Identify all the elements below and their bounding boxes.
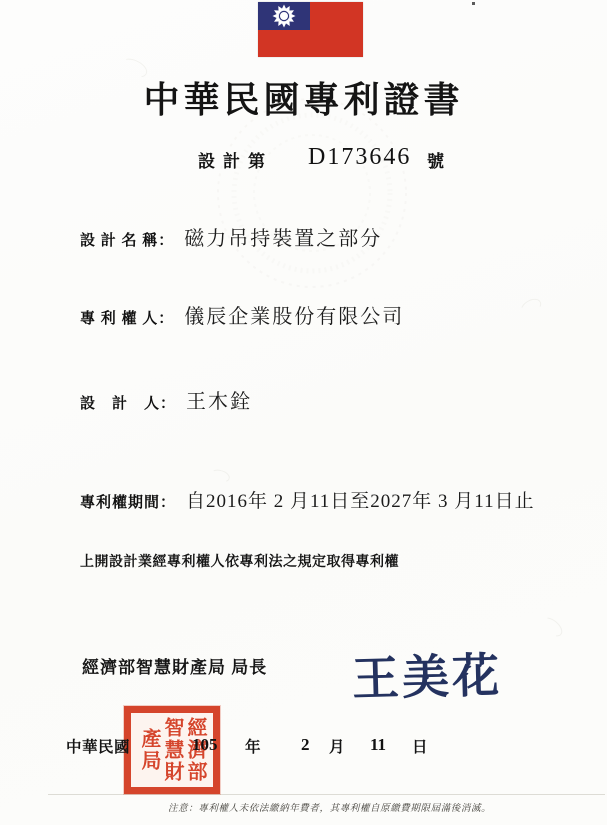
- field-label: 設 計 人：: [80, 392, 176, 413]
- field-label: 專 利 權 人：: [80, 307, 174, 328]
- flag-canton: [258, 2, 310, 30]
- paper-smudge: [518, 295, 544, 318]
- sun-icon: [258, 2, 310, 30]
- day-value: 11: [370, 735, 386, 755]
- field-designer: 設 計 人： 王木銓: [80, 385, 252, 411]
- month-value: 2: [301, 735, 310, 755]
- scan-artifact-dot: [472, 2, 475, 5]
- certificate-title: 中華民國專利證書: [0, 72, 607, 123]
- field-patentee: 專 利 權 人： 儀辰企業股份有限公司: [80, 300, 404, 326]
- day-unit: 日: [412, 735, 428, 757]
- field-label: 專利權期間：: [80, 491, 176, 512]
- certificate-number-line: 設計第 D173646 號: [0, 144, 607, 170]
- footer-divider: [48, 794, 605, 795]
- paper-smudge: [538, 614, 565, 640]
- year-unit: 年: [245, 735, 261, 757]
- field-value: 儀辰企業股份有限公司: [184, 300, 404, 329]
- date-line: 中華民國 105 年 2 月 11 日: [0, 735, 607, 757]
- month-unit: 月: [329, 735, 345, 757]
- field-value: 王木銓: [186, 385, 252, 414]
- paper-smudge: [209, 468, 231, 485]
- field-value: 磁力吊持裝置之部分: [184, 222, 382, 251]
- cert-number: D173646: [308, 144, 411, 171]
- cert-number-prefix: 設計第: [198, 147, 273, 172]
- footnote: 注意：專利權人未依法繳納年費者，其專利權自原繳費期限屆滿後消滅。: [168, 800, 491, 814]
- field-label: 設 計 名 稱：: [80, 229, 174, 250]
- field-value: 自2016年 2 月11日至2027年 3 月11日止: [186, 486, 535, 513]
- field-design-name: 設 計 名 稱： 磁力吊持裝置之部分: [80, 222, 382, 248]
- roc-flag: [258, 2, 363, 57]
- certificate-page: 中華民國專利證書 設計第 D173646 號 設 計 名 稱： 磁力吊持裝置之部…: [0, 0, 607, 825]
- issuer-title: 經濟部智慧財產局 局長: [82, 653, 267, 678]
- field-patent-term: 專利權期間： 自2016年 2 月11日至2027年 3 月11日止: [80, 486, 535, 512]
- year-value: 105: [192, 735, 218, 755]
- era-label: 中華民國: [66, 735, 130, 757]
- director-signature: 王美花: [351, 638, 523, 709]
- cert-number-suffix: 號: [427, 147, 444, 172]
- legal-statement: 上開設計業經專利權人依專利法之規定取得專利權: [80, 551, 399, 571]
